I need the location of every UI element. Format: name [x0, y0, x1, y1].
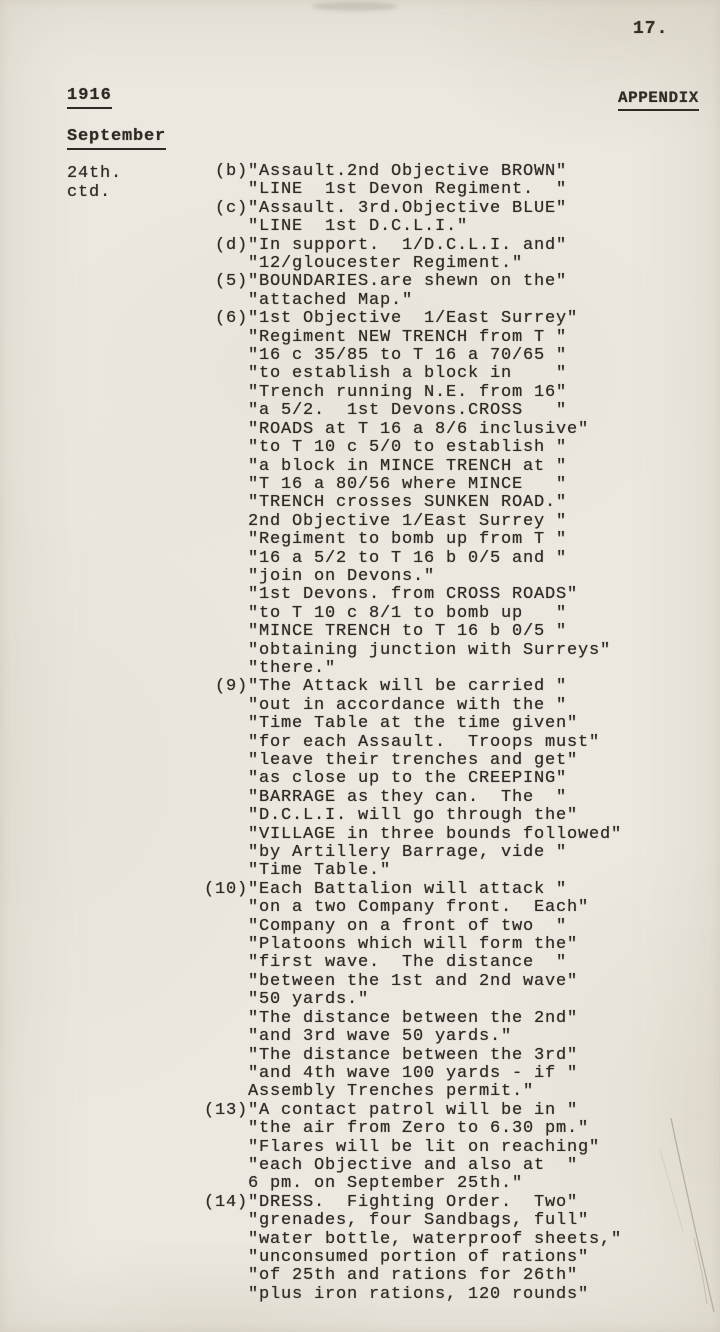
- diary-line: "Platoons which will form the": [204, 936, 622, 954]
- diary-line: "16 a 5/2 to T 16 b 0/5 and ": [204, 550, 622, 568]
- diary-line: "The distance between the 2nd": [204, 1010, 622, 1028]
- diary-line: "there.": [204, 660, 622, 678]
- diary-line: "to T 10 c 8/1 to bomb up ": [204, 605, 622, 623]
- diary-line: (b)"Assault.2nd Objective BROWN": [204, 163, 622, 181]
- diary-entry-text: (b)"Assault.2nd Objective BROWN" "LINE 1…: [204, 163, 622, 1304]
- diary-line: "MINCE TRENCH to T 16 b 0/5 ": [204, 623, 622, 641]
- diary-line: "1st Devons. from CROSS ROADS": [204, 586, 622, 604]
- diary-line: "50 yards.": [204, 991, 622, 1009]
- diary-line: "each Objective and also at ": [204, 1157, 622, 1175]
- diary-line: "12/gloucester Regiment.": [204, 255, 622, 273]
- diary-line: "Time Table at the time given": [204, 715, 622, 733]
- diary-line: "BARRAGE as they can. The ": [204, 789, 622, 807]
- day-label: 24th.: [67, 164, 122, 183]
- diary-line: "a block in MINCE TRENCH at ": [204, 458, 622, 476]
- scan-smudge: [312, 2, 398, 11]
- diary-line: "ROADS at T 16 a 8/6 inclusive": [204, 421, 622, 439]
- diary-line: (c)"Assault. 3rd.Objective BLUE": [204, 200, 622, 218]
- month-heading: September: [67, 127, 166, 150]
- diary-line: "first wave. The distance ": [204, 954, 622, 972]
- diary-line: Assembly Trenches permit.": [204, 1083, 622, 1101]
- diary-line: "the air from Zero to 6.30 pm.": [204, 1120, 622, 1138]
- diary-line: (10)"Each Battalion will attack ": [204, 881, 622, 899]
- diary-line: 2nd Objective 1/East Surrey ": [204, 513, 622, 531]
- diary-line: (5)"BOUNDARIES.are shewn on the": [204, 273, 622, 291]
- diary-line: (9)"The Attack will be carried ": [204, 678, 622, 696]
- diary-line: "VILLAGE in three bounds followed": [204, 826, 622, 844]
- diary-line: "Time Table.": [204, 862, 622, 880]
- diary-line: "of 25th and rations for 26th": [204, 1267, 622, 1285]
- diary-line: "to establish a block in ": [204, 365, 622, 383]
- diary-line: (13)"A contact patrol will be in ": [204, 1102, 622, 1120]
- diary-line: "Flares will be lit on reaching": [204, 1139, 622, 1157]
- appendix-heading: APPENDIX: [618, 89, 699, 111]
- diary-line: "to T 10 c 5/0 to establish ": [204, 439, 622, 457]
- diary-line: "Regiment NEW TRENCH from T ": [204, 329, 622, 347]
- diary-line: (14)"DRESS. Fighting Order. Two": [204, 1194, 622, 1212]
- diary-line: "Company on a front of two ": [204, 918, 622, 936]
- day-continued-label: ctd.: [67, 183, 111, 202]
- diary-line: "and 3rd wave 50 yards.": [204, 1028, 622, 1046]
- diary-line: "plus iron rations, 120 rounds": [204, 1286, 622, 1304]
- diary-line: "water bottle, waterproof sheets,": [204, 1231, 622, 1249]
- diary-line: "Regiment to bomb up from T ": [204, 531, 622, 549]
- diary-line: "obtaining junction with Surreys": [204, 642, 622, 660]
- scanned-diary-page: 17. 1916 APPENDIX September 24th. ctd. (…: [0, 0, 720, 1332]
- diary-line: "Trench running N.E. from 16": [204, 384, 622, 402]
- diary-line: "D.C.L.I. will go through the": [204, 807, 622, 825]
- diary-line: "TRENCH crosses SUNKEN ROAD.": [204, 494, 622, 512]
- diary-line: "between the 1st and 2nd wave": [204, 973, 622, 991]
- diary-line: "for each Assault. Troops must": [204, 734, 622, 752]
- diary-line: "as close up to the CREEPING": [204, 770, 622, 788]
- diary-line: (6)"1st Objective 1/East Surrey": [204, 310, 622, 328]
- diary-line: 6 pm. on September 25th.": [204, 1175, 622, 1193]
- diary-line: "LINE 1st D.C.L.I.": [204, 218, 622, 236]
- diary-line: "grenades, four Sandbags, full": [204, 1212, 622, 1230]
- diary-line: "T 16 a 80/56 where MINCE ": [204, 476, 622, 494]
- diary-line: "unconsumed portion of rations": [204, 1249, 622, 1267]
- diary-line: "attached Map.": [204, 292, 622, 310]
- diary-line: "on a two Company front. Each": [204, 899, 622, 917]
- diary-line: "by Artillery Barrage, vide ": [204, 844, 622, 862]
- diary-line: "The distance between the 3rd": [204, 1047, 622, 1065]
- diary-line: "out in accordance with the ": [204, 697, 622, 715]
- page-number: 17.: [633, 19, 668, 39]
- diary-line: "leave their trenches and get": [204, 752, 622, 770]
- diary-line: (d)"In support. 1/D.C.L.I. and": [204, 237, 622, 255]
- diary-line: "LINE 1st Devon Regiment. ": [204, 181, 622, 199]
- year-heading: 1916: [67, 86, 112, 109]
- diary-line: "a 5/2. 1st Devons.CROSS ": [204, 402, 622, 420]
- diary-line: "16 c 35/85 to T 16 a 70/65 ": [204, 347, 622, 365]
- diary-line: "and 4th wave 100 yards - if ": [204, 1065, 622, 1083]
- diary-line: "join on Devons.": [204, 568, 622, 586]
